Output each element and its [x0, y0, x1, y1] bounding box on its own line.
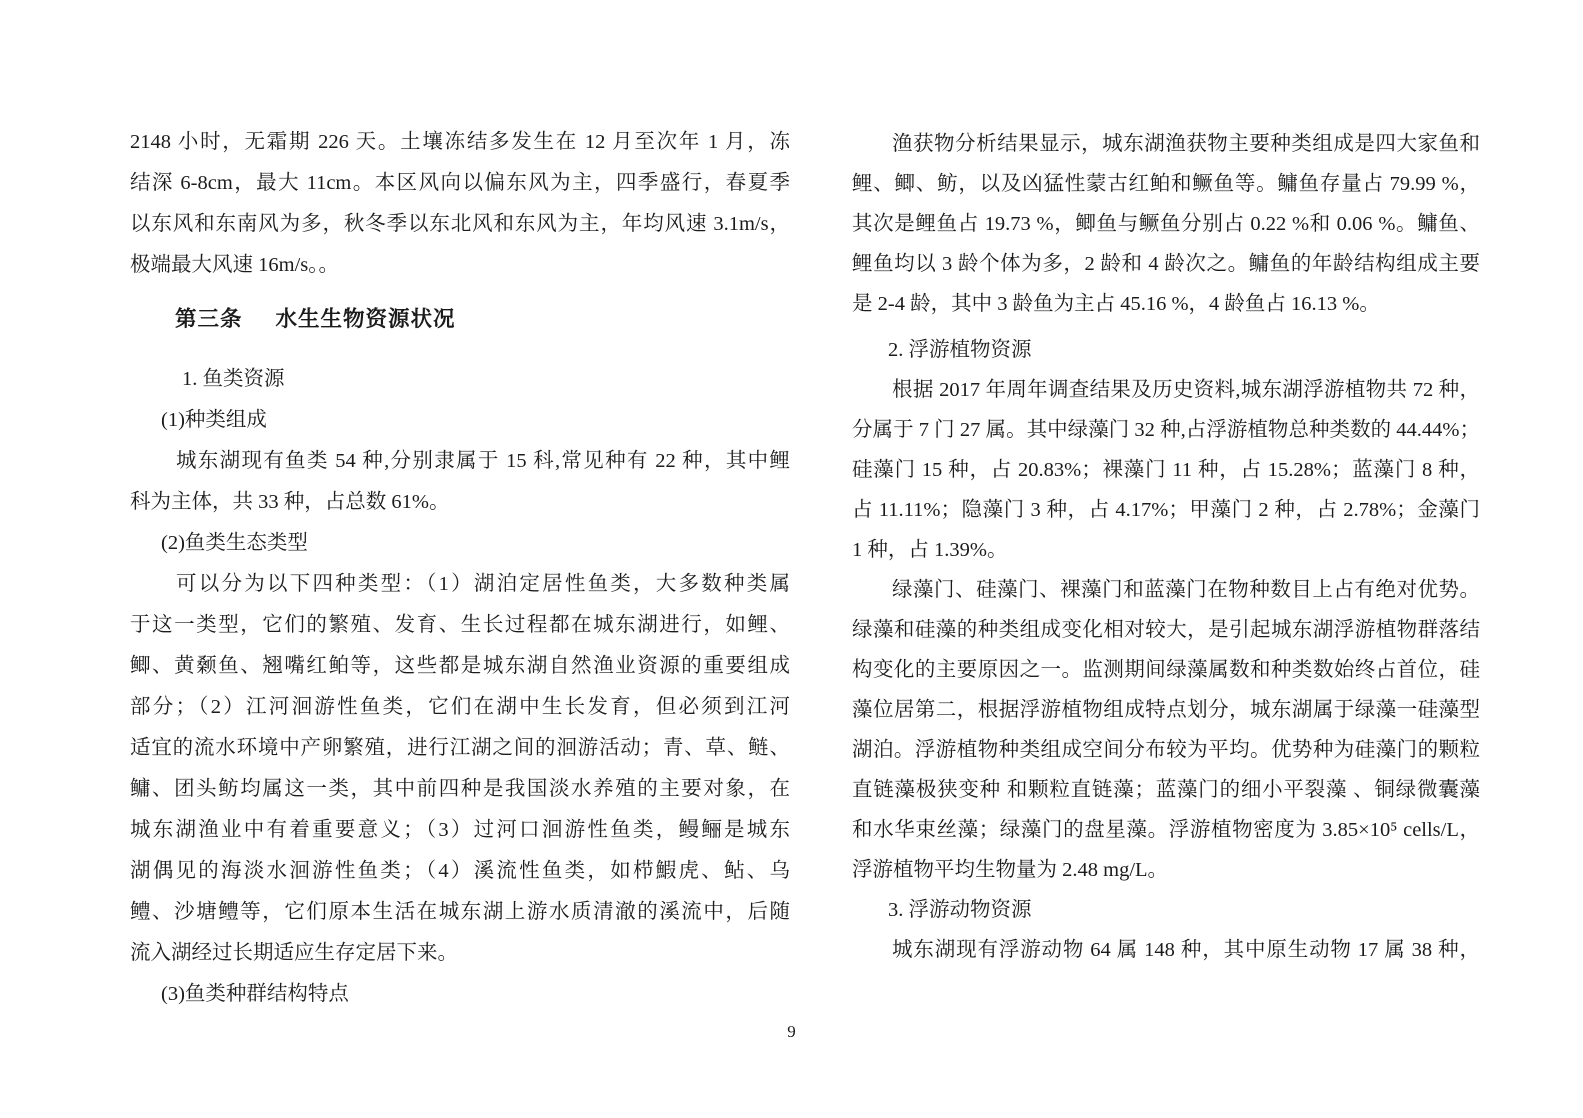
chapter-title: 水生生物资源状况: [276, 307, 456, 331]
text-line: 浮游植物平均生物量为 2.48 mg/L。: [852, 850, 1480, 890]
text-line: 绿藻和硅藻的种类组成变化相对较大，是引起城东湖浮游植物群落结: [852, 610, 1480, 650]
text-line: 湖泊。浮游植物种类组成空间分布较为平均。优势种为硅藻门的颗粒: [852, 730, 1480, 770]
numbered-section-title: 3. 浮游动物资源: [852, 890, 1480, 930]
sub-item-title: (2)鱼类生态类型: [130, 523, 790, 564]
text-line: 鲤、鲫、鲂，以及凶猛性蒙古红鲌和鳜鱼等。鳙鱼存量占 79.99 %，: [852, 164, 1480, 204]
text-line: 2148 小时，无霜期 226 天。土壤冻结多发生在 12 月至次年 1 月，冻: [130, 122, 790, 163]
text-line: 城东湖渔业中有着重要意义；（3）过河口洄游性鱼类，鳗鲡是城东: [130, 810, 790, 851]
text-line: 和水华束丝藻；绿藻门的盘星藻。浮游植物密度为 3.85×10⁵ cells/L，: [852, 810, 1480, 850]
text-line: 其次是鲤鱼占 19.73 %，鲫鱼与鳜鱼分别占 0.22 %和 0.06 %。鳙…: [852, 204, 1480, 244]
text-line: 占 11.11%；隐藻门 3 种，占 4.17%；甲藻门 2 种，占 2.78%…: [852, 490, 1480, 530]
sub-item-title: (1)种类组成: [130, 400, 790, 441]
numbered-section-title: 2. 浮游植物资源: [852, 330, 1480, 370]
text-line: 鲤鱼均以 3 龄个体为多，2 龄和 4 龄次之。鳙鱼的年龄结构组成主要: [852, 244, 1480, 284]
chapter-heading: 第三条水生生物资源状况: [130, 299, 790, 340]
text-line: 直链藻极狭变种 和颗粒直链藻；蓝藻门的细小平裂藻 、铜绿微囊藻: [852, 770, 1480, 810]
text-line: 根据 2017 年周年调查结果及历史资料,城东湖浮游植物共 72 种，: [852, 370, 1480, 410]
text-line: 可以分为以下四种类型：（1）湖泊定居性鱼类，大多数种类属: [130, 564, 790, 605]
chapter-number: 第三条: [175, 307, 243, 331]
right-column: 渔获物分析结果显示，城东湖渔获物主要种类组成是四大家鱼和 鲤、鲫、鲂，以及凶猛性…: [852, 124, 1480, 970]
text-line: 科为主体，共 33 种，占总数 61%。: [130, 482, 790, 523]
text-line: 鳢、沙塘鳢等，它们原本生活在城东湖上游水质清澈的溪流中，后随: [130, 892, 790, 933]
numbered-section-title: 1. 鱼类资源: [130, 359, 790, 400]
text-line: 于这一类型，它们的繁殖、发育、生长过程都在城东湖进行，如鲤、: [130, 605, 790, 646]
text-line: 流入湖经过长期适应生存定居下来。: [130, 933, 790, 974]
text-line: 构变化的主要原因之一。监测期间绿藻属数和种类数始终占首位，硅: [852, 650, 1480, 690]
text-line: 鲫、黄颡鱼、翘嘴红鲌等，这些都是城东湖自然渔业资源的重要组成: [130, 646, 790, 687]
text-line: 硅藻门 15 种，占 20.83%；裸藻门 11 种，占 15.28%；蓝藻门 …: [852, 450, 1480, 490]
text-line: 湖偶见的海淡水洄游性鱼类；（4）溪流性鱼类，如栉鰕虎、鲇、乌: [130, 851, 790, 892]
page-number: 9: [0, 1022, 1583, 1042]
text-line: 藻位居第二，根据浮游植物组成特点划分，城东湖属于绿藻一硅藻型: [852, 690, 1480, 730]
text-line: 结深 6-8cm，最大 11cm。本区风向以偏东风为主，四季盛行，春夏季: [130, 163, 790, 204]
text-line: 鳙、团头鲂均属这一类，其中前四种是我国淡水养殖的主要对象，在: [130, 769, 790, 810]
text-line: 以东风和东南风为多，秋冬季以东北风和东风为主，年均风速 3.1m/s，: [130, 204, 790, 245]
text-line: 部分；（2）江河洄游性鱼类，它们在湖中生长发育，但必须到江河: [130, 687, 790, 728]
sub-item-title: (3)鱼类种群结构特点: [130, 974, 790, 1015]
text-line: 城东湖现有鱼类 54 种,分别隶属于 15 科,常见种有 22 种，其中鲤: [130, 441, 790, 482]
text-line: 适宜的流水环境中产卵繁殖，进行江湖之间的洄游活动；青、草、鲢、: [130, 728, 790, 769]
text-line: 1 种，占 1.39%。: [852, 530, 1480, 570]
text-line: 是 2-4 龄，其中 3 龄鱼为主占 45.16 %，4 龄鱼占 16.13 %…: [852, 284, 1480, 324]
text-line: 极端最大风速 16m/s。。: [130, 245, 790, 286]
left-column: 2148 小时，无霜期 226 天。土壤冻结多发生在 12 月至次年 1 月，冻…: [130, 122, 790, 1015]
text-line: 分属于 7 门 27 属。其中绿藻门 32 种,占浮游植物总种类数的 44.44…: [852, 410, 1480, 450]
text-line: 绿藻门、硅藻门、裸藻门和蓝藻门在物种数目上占有绝对优势。: [852, 570, 1480, 610]
text-line: 渔获物分析结果显示，城东湖渔获物主要种类组成是四大家鱼和: [852, 124, 1480, 164]
text-line: 城东湖现有浮游动物 64 属 148 种，其中原生动物 17 属 38 种，: [852, 930, 1480, 970]
